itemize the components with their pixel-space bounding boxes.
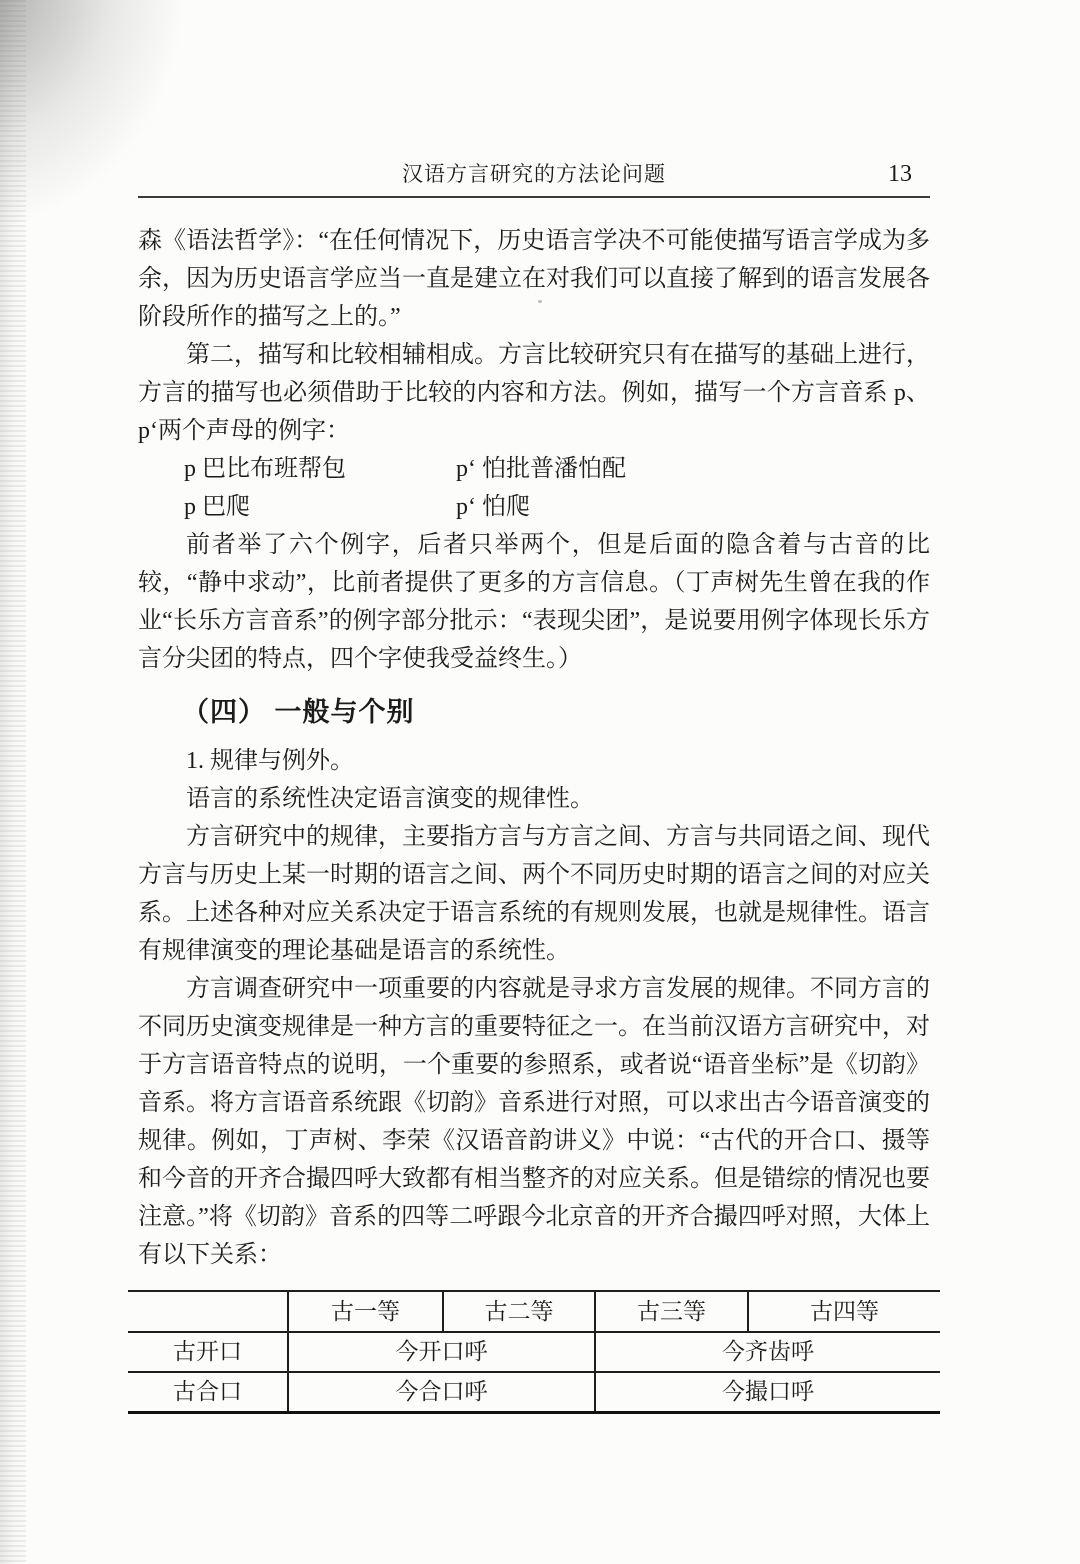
section-heading: （四） 一般与个别 <box>182 692 930 732</box>
table-row-closed-mouth: 古合口 今合口呼 今撮口呼 <box>128 1372 940 1413</box>
table-header-gu-div1: 古一等 <box>288 1291 443 1332</box>
page-content: 汉语方言研究的方法论问题 13 森《语法哲学》：“在任何情况下，历史语言学决不可… <box>138 0 930 1414</box>
table-cell-divisions-1-2: 今合口呼 <box>288 1372 595 1413</box>
table-cell-divisions-3-4: 今撮口呼 <box>595 1372 940 1413</box>
table-row-label: 古合口 <box>128 1372 288 1413</box>
example-p-series: p 巴比布班帮包 <box>184 450 456 488</box>
example-ph-series: p‘ 怕批普潘怕配 <box>456 450 626 488</box>
example-ph-series: p‘ 怕爬 <box>456 488 530 526</box>
table-header-gu-div4: 古四等 <box>748 1291 940 1332</box>
example-row: p 巴比布班帮包 p‘ 怕批普潘怕配 <box>184 450 930 488</box>
table-row-open-mouth: 古开口 今开口呼 今齐齿呼 <box>128 1332 940 1372</box>
page-header: 汉语方言研究的方法论问题 13 <box>138 0 930 198</box>
body-text: 森《语法哲学》：“在任何情况下，历史语言学决不可能使描写语言学成为多余，因为历史… <box>138 222 930 1414</box>
table-row-label: 古开口 <box>128 1332 288 1372</box>
paragraph-describe-compare: 第二，描写和比较相辅相成。方言比较研究只有在描写的基础上进行，方言的描写也必须借… <box>138 336 930 450</box>
paragraph-jespersen-quote: 森《语法哲学》：“在任何情况下，历史语言学决不可能使描写语言学成为多余，因为历史… <box>138 222 930 336</box>
table-cell-divisions-1-2: 今开口呼 <box>288 1332 595 1372</box>
table-cell-divisions-3-4: 今齐齿呼 <box>595 1332 940 1372</box>
table-header-gu-div3: 古三等 <box>595 1291 748 1332</box>
statement-systematicity: 语言的系统性决定语言演变的规律性。 <box>138 780 930 818</box>
paragraph-correspondence-rules: 方言研究中的规律，主要指方言与方言之间、方言与共同语之间、现代方言与历史上某一时… <box>138 818 930 970</box>
table-header-empty-cell <box>128 1291 288 1332</box>
initial-example-list: p 巴比布班帮包 p‘ 怕批普潘怕配 p 巴爬 p‘ 怕爬 <box>184 450 930 526</box>
paragraph-qieyun-reference: 方言调查研究中一项重要的内容就是寻求方言发展的规律。不同方言的不同历史演变规律是… <box>138 970 930 1274</box>
example-row: p 巴爬 p‘ 怕爬 <box>184 488 930 526</box>
table-header-row: 古一等 古二等 古三等 古四等 <box>128 1291 940 1332</box>
page-number: 13 <box>888 161 930 188</box>
running-title: 汉语方言研究的方法论问题 <box>402 158 666 188</box>
correspondence-table: 古一等 古二等 古三等 古四等 古开口 今开口呼 今齐齿呼 古合口 今合口呼 今… <box>128 1290 940 1414</box>
scanned-book-page: 汉语方言研究的方法论问题 13 森《语法哲学》：“在任何情况下，历史语言学决不可… <box>0 0 1080 1564</box>
example-p-series: p 巴爬 <box>184 488 456 526</box>
subsection-title-rules-exceptions: 1. 规律与例外。 <box>138 742 930 780</box>
paragraph-comparison-note: 前者举了六个例字，后者只举两个，但是后面的隐含着与古音的比较，“静中求动”，比前… <box>138 526 930 678</box>
table-header-gu-div2: 古二等 <box>443 1291 595 1332</box>
scan-edge-noise <box>0 0 26 1564</box>
